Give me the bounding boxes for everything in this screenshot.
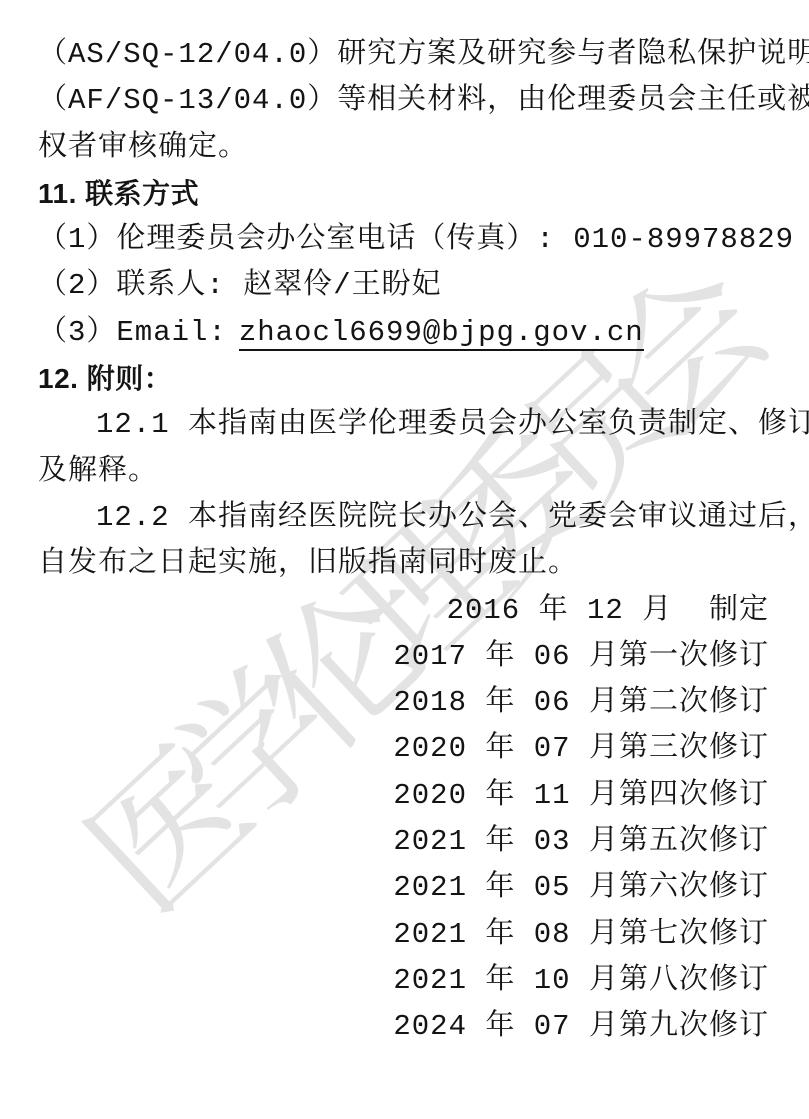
revision-history-line: 2018 年 06 月第二次修订 bbox=[38, 680, 769, 726]
revision-history-line: 2021 年 05 月第六次修订 bbox=[38, 865, 769, 911]
intro-line: 权者审核确定。 bbox=[38, 125, 769, 171]
revision-history-line: 2016 年 12 月 制定 bbox=[38, 588, 769, 634]
contact-email-line: （3）Email:zhaocl6699@bjpg.gov.cn bbox=[38, 310, 769, 356]
section-12-heading: 12. 附则： bbox=[38, 356, 769, 402]
contact-person-line: （2）联系人: 赵翠伶/王盼妃 bbox=[38, 263, 769, 309]
document-page: 医学伦理委员会 （AS/SQ-12/04.0）研究方案及研究参与者隐私保护说明 … bbox=[0, 0, 809, 1119]
revision-history-line: 2021 年 08 月第七次修订 bbox=[38, 912, 769, 958]
email-link[interactable]: zhaocl6699@bjpg.gov.cn bbox=[239, 316, 644, 351]
revision-history-line: 2020 年 11 月第四次修订 bbox=[38, 773, 769, 819]
document-content: （AS/SQ-12/04.0）研究方案及研究参与者隐私保护说明 （AF/SQ-1… bbox=[38, 32, 769, 1051]
revision-history-line: 2021 年 10 月第八次修订 bbox=[38, 958, 769, 1004]
email-label: （3）Email: bbox=[38, 316, 227, 349]
clause-12-2-line: 12.2 本指南经医院院长办公会、党委会审议通过后， bbox=[38, 495, 769, 541]
revision-history-line: 2017 年 06 月第一次修订 bbox=[38, 634, 769, 680]
contact-phone-line: （1）伦理委员会办公室电话（传真）: 010-89978829 bbox=[38, 217, 769, 263]
intro-line: （AS/SQ-12/04.0）研究方案及研究参与者隐私保护说明 bbox=[38, 32, 769, 78]
clause-12-1-line: 12.1 本指南由医学伦理委员会办公室负责制定、修订 bbox=[38, 402, 769, 448]
clause-12-2-line: 自发布之日起实施，旧版指南同时废止。 bbox=[38, 541, 769, 587]
clause-12-1-line: 及解释。 bbox=[38, 449, 769, 495]
revision-history-line: 2021 年 03 月第五次修订 bbox=[38, 819, 769, 865]
intro-line: （AF/SQ-13/04.0）等相关材料，由伦理委员会主任或被授 bbox=[38, 78, 769, 124]
revision-history-line: 2020 年 07 月第三次修订 bbox=[38, 726, 769, 772]
section-11-heading: 11. 联系方式 bbox=[38, 171, 769, 217]
revision-history-line: 2024 年 07 月第九次修订 bbox=[38, 1004, 769, 1050]
